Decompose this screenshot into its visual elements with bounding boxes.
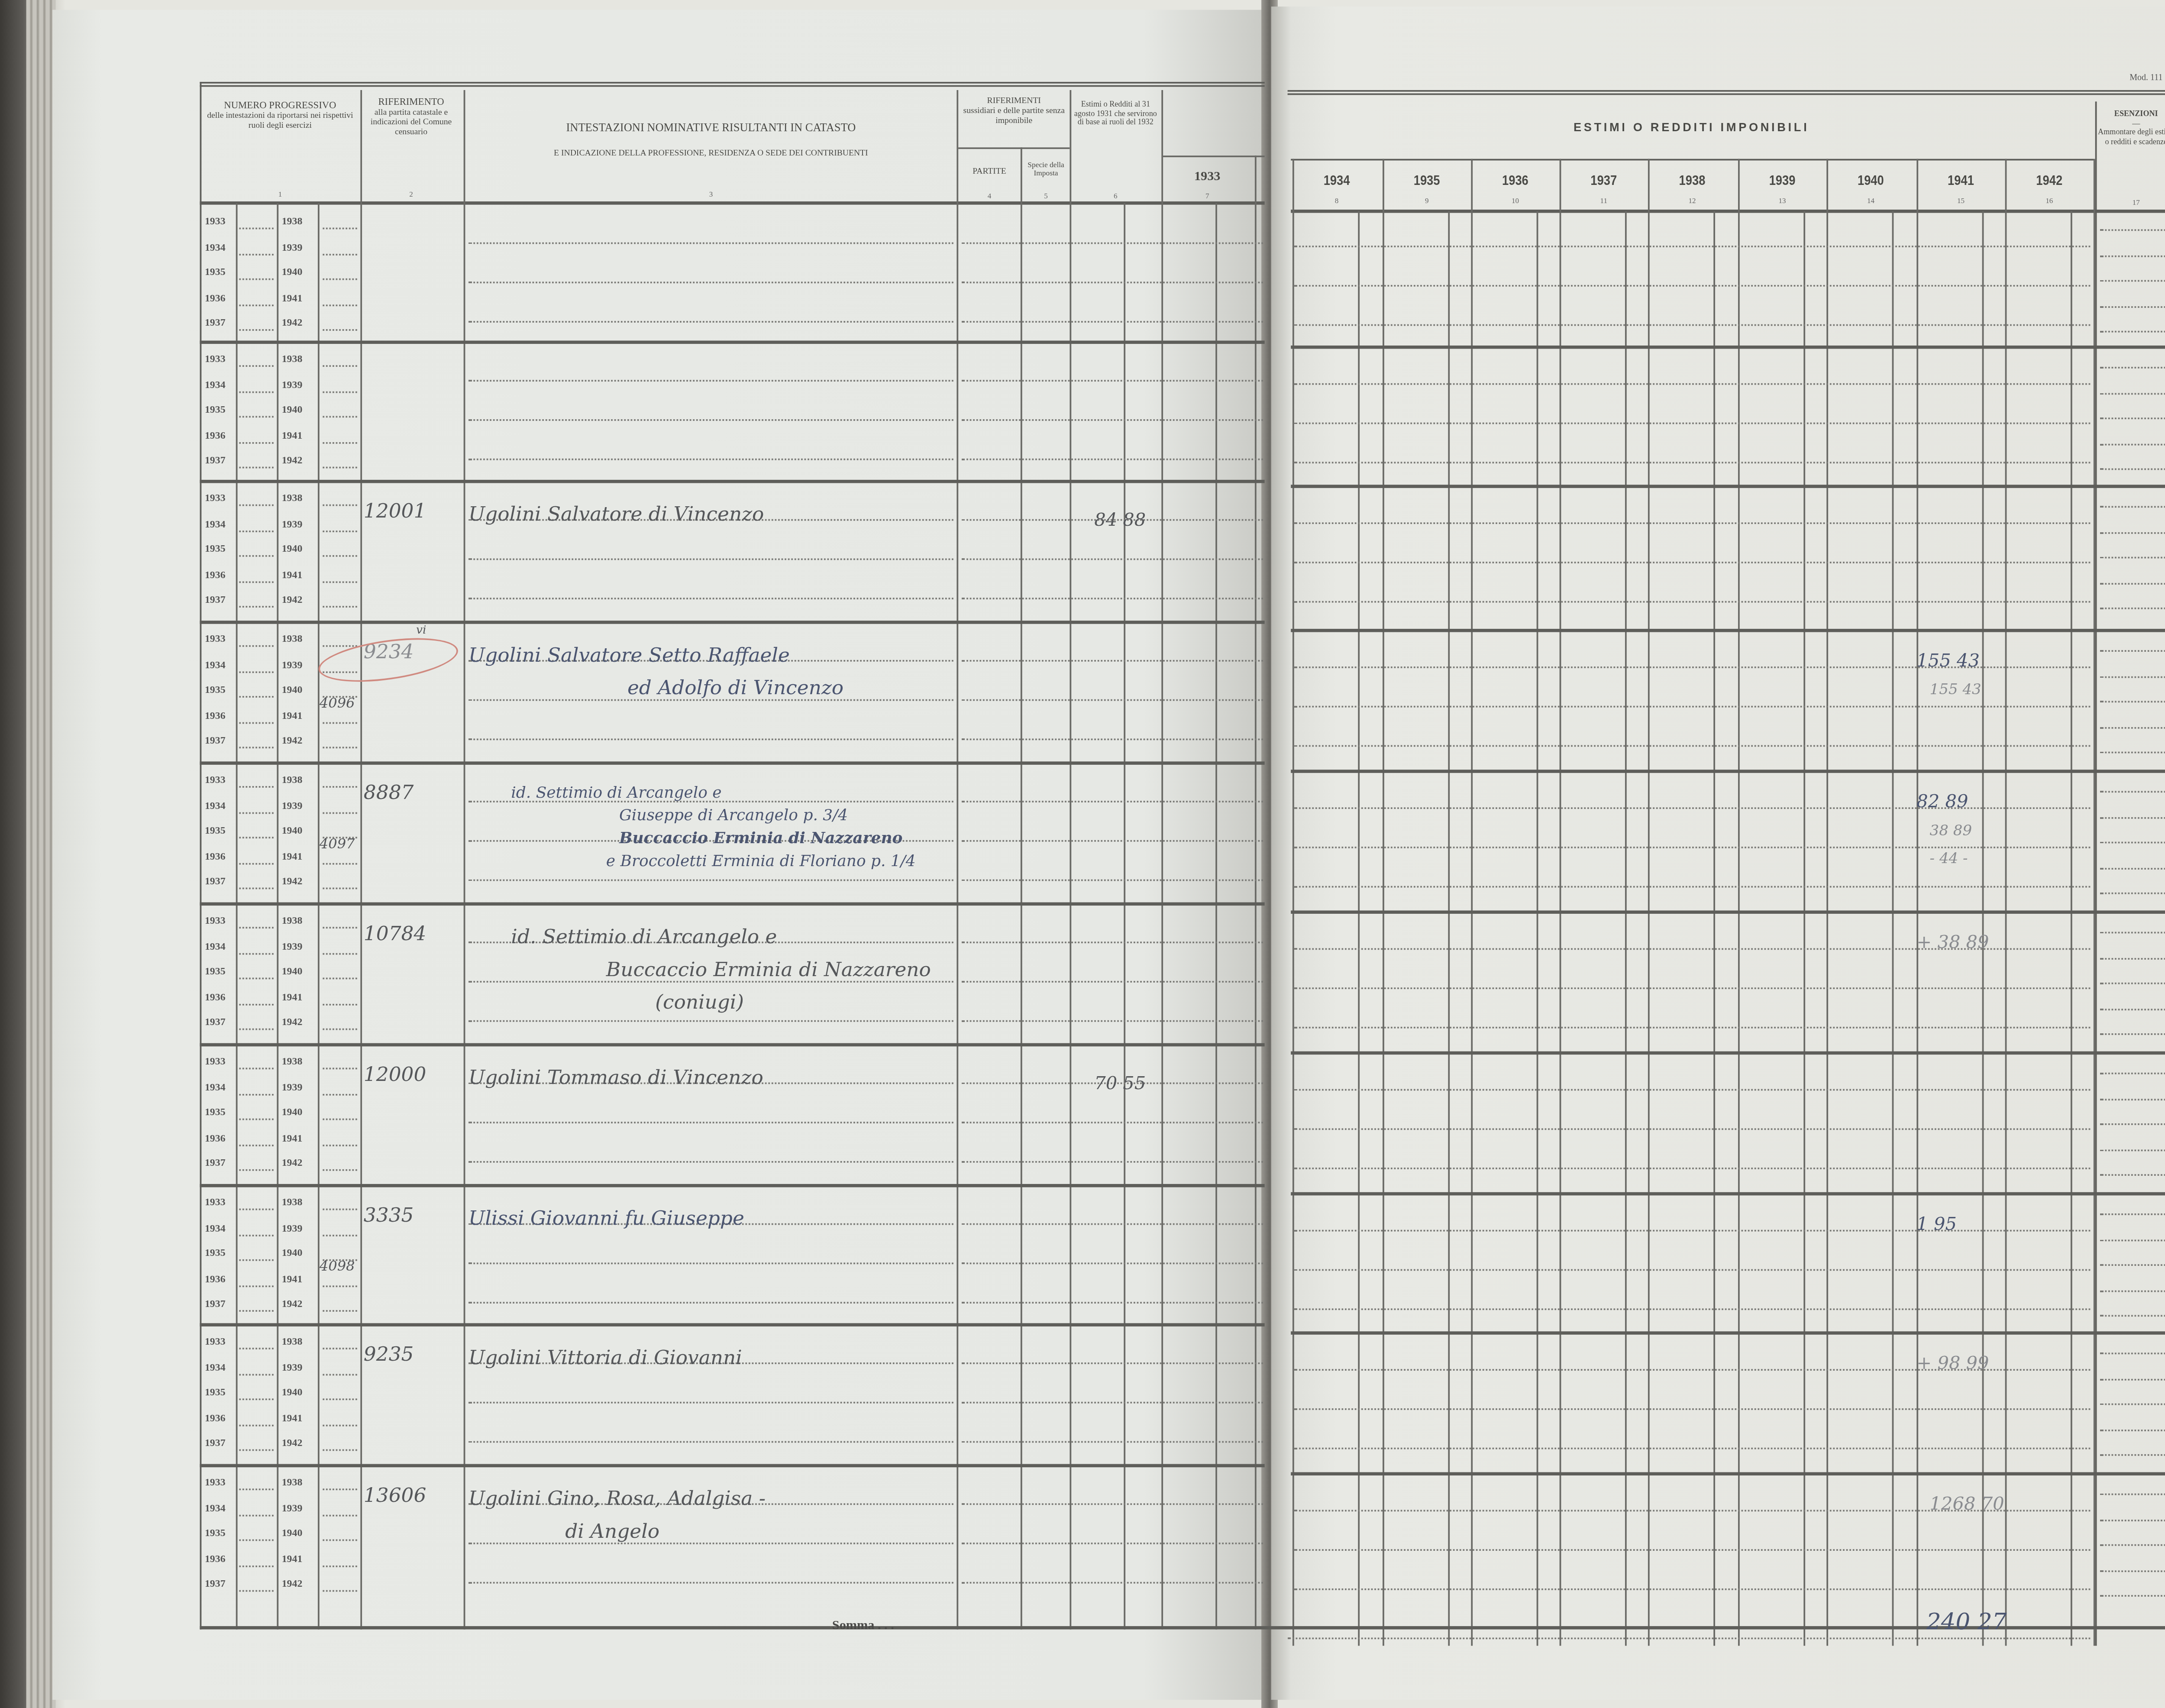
year-label-right: 1938 — [282, 1197, 303, 1208]
year-amount-line — [1294, 462, 2091, 463]
year-fill-line — [323, 1093, 357, 1095]
year-amount-line — [1294, 1269, 2091, 1271]
year-colnum-4: 12 — [1648, 197, 1736, 205]
year-fill-line — [239, 1119, 273, 1120]
taxpayer-name-line: e Broccoletti Erminia di Floriano p. 1/4 — [606, 853, 916, 871]
year-fill-line — [323, 1590, 357, 1592]
esenzioni-line — [2100, 255, 2165, 256]
form-model-label: Mod. 111 - Imposte Dirette (Intercalare)… — [2129, 74, 2165, 84]
year-label-right: 1940 — [282, 1387, 303, 1398]
name-line — [469, 880, 953, 881]
col-rule-1b — [277, 203, 278, 1630]
year-colnum-5: 13 — [1738, 197, 1826, 205]
esenzioni-line — [2100, 932, 2165, 934]
year-fill-line — [323, 747, 357, 748]
esenzioni-line — [2100, 417, 2165, 419]
base-amount-1931: 70 55 — [1094, 1073, 1146, 1094]
year-label-right: 1941 — [282, 710, 303, 721]
somma-1941-value: 240 27 — [1926, 1610, 2007, 1636]
col-rule-17 — [2095, 101, 2097, 1646]
year-fill-line — [239, 1590, 273, 1592]
left-table-outer-border — [200, 82, 202, 1629]
entry-separator-right — [1291, 629, 2165, 632]
esenzioni-line — [2100, 1569, 2165, 1571]
header-col45-divider — [958, 147, 1070, 149]
esenzioni-line — [2100, 1033, 2165, 1035]
esenzioni-line — [2100, 1213, 2165, 1215]
amount-1941: + 38 89 — [1916, 932, 1989, 953]
year-fill-line — [239, 467, 273, 469]
amount-line — [962, 699, 1263, 701]
year-label-left: 1937 — [205, 595, 226, 606]
year-fill-line — [323, 927, 357, 928]
year-col-cents-rule — [1358, 211, 1360, 1646]
esenzioni-line — [2100, 1073, 2165, 1074]
year-fill-line — [239, 1003, 273, 1005]
year-label-left: 1935 — [205, 543, 226, 555]
year-label-right: 1941 — [282, 1273, 303, 1284]
left-header-bottom-rule — [200, 201, 1265, 205]
name-line — [469, 1302, 953, 1304]
year-fill-line — [323, 1029, 357, 1030]
year-fill-line — [239, 812, 273, 813]
year-fill-line — [239, 1093, 273, 1095]
year-label-right: 1939 — [282, 941, 303, 952]
year-fill-line — [323, 1373, 357, 1375]
year-label-left: 1933 — [205, 915, 226, 927]
esenzioni-line — [2100, 1149, 2165, 1151]
taxpayer-name-line: di Angelo — [565, 1520, 659, 1543]
amount-line — [962, 1582, 1263, 1584]
year-header-0: 1934 — [1299, 172, 1374, 188]
year-label-left: 1936 — [205, 1132, 226, 1144]
year-fill-line — [239, 670, 273, 672]
year-col-rule — [1560, 159, 1561, 1646]
year-label-right: 1939 — [282, 1362, 303, 1373]
year-header-7: 1941 — [1923, 172, 1999, 188]
year-label-left: 1937 — [205, 1299, 226, 1310]
esenzioni-line — [2100, 608, 2165, 609]
col-rule-5 — [1021, 147, 1022, 1629]
year-colnum-3: 11 — [1560, 197, 1648, 205]
amount-line — [962, 459, 1263, 460]
year-label-left: 1934 — [205, 941, 226, 952]
year-fill-line — [323, 1514, 357, 1516]
esenzioni-line — [2100, 443, 2165, 445]
year-label-left: 1937 — [205, 455, 226, 466]
entry-separator-right — [1291, 485, 2165, 488]
year-label-left: 1934 — [205, 1502, 226, 1514]
amount-line — [962, 558, 1263, 560]
year-label-right: 1940 — [282, 685, 303, 696]
col-rule-7c — [1255, 155, 1257, 1629]
year-label-right: 1942 — [282, 595, 303, 606]
year-fill-line — [239, 581, 273, 582]
year-fill-line — [239, 1514, 273, 1516]
year-label-right: 1938 — [282, 1056, 303, 1067]
year-label-left: 1936 — [205, 1273, 226, 1284]
year-label-right: 1942 — [282, 1438, 303, 1449]
taxpayer-name-line: Buccaccio Erminia di Nazzareno — [619, 830, 903, 848]
year-label-right: 1941 — [282, 992, 303, 1003]
esenzioni-line — [2100, 726, 2165, 728]
year-header-5: 1939 — [1745, 172, 1820, 188]
year-label-left: 1937 — [205, 318, 226, 329]
year-label-right: 1941 — [282, 292, 303, 304]
year-label-right: 1942 — [282, 455, 303, 466]
amount-line — [962, 281, 1263, 283]
esenzioni-line — [2100, 1174, 2165, 1176]
year-fill-line — [323, 1003, 357, 1005]
year-label-left: 1936 — [205, 1553, 226, 1565]
header-col4-label: PARTITE — [958, 168, 1021, 178]
taxpayer-name-line: Buccaccio Erminia di Nazzareno — [606, 958, 931, 981]
year-label-right: 1940 — [282, 825, 303, 837]
year-amount-line — [1294, 1549, 2091, 1551]
year-col-cents-rule — [1537, 211, 1538, 1646]
year-colnum-0: 8 — [1293, 197, 1381, 205]
header-col1-text: delle intestazioni da riportarsi nei ris… — [203, 113, 357, 133]
esenzioni-line — [2100, 1544, 2165, 1546]
year-col-cents-rule — [1982, 211, 1984, 1646]
year-label-right: 1941 — [282, 430, 303, 441]
partita-number: 12000 — [364, 1063, 426, 1086]
header-col7-divider — [1163, 155, 1265, 157]
year-label-right: 1939 — [282, 659, 303, 670]
year-amount-line — [1294, 285, 2091, 287]
taxpayer-name-line: Ugolini Salvatore di Vincenzo — [469, 503, 764, 526]
year-col-rule — [1383, 159, 1384, 1646]
year-fill-line — [323, 1540, 357, 1541]
year-amount-line — [1294, 1588, 2091, 1590]
name-line — [469, 321, 953, 323]
year-col-cents-rule — [1625, 211, 1627, 1646]
year-fill-line — [239, 1067, 273, 1069]
year-fill-line — [323, 1424, 357, 1426]
esenzioni-title: ESENZIONI — [2097, 111, 2165, 120]
year-fill-line — [323, 1285, 357, 1287]
name-line — [469, 1020, 953, 1022]
year-label-right: 1939 — [282, 242, 303, 253]
esenzioni-line — [2100, 1352, 2165, 1354]
esenzioni-line — [2100, 816, 2165, 818]
year-label-right: 1939 — [282, 518, 303, 530]
year-label-left: 1934 — [205, 1362, 226, 1373]
year-col-rule — [1648, 159, 1650, 1646]
name-line — [469, 981, 953, 983]
entry-separator-left — [200, 903, 1265, 906]
year-label-left: 1937 — [205, 876, 226, 887]
year-fill-line — [323, 1310, 357, 1312]
year-label-left: 1936 — [205, 569, 226, 580]
year-fill-line — [323, 812, 357, 813]
year-label-right: 1938 — [282, 775, 303, 786]
amount-1941-pencil-note: 38 89 — [1930, 824, 1972, 840]
year-label-left: 1933 — [205, 493, 226, 504]
year-fill-line — [323, 530, 357, 531]
year-fill-line — [239, 888, 273, 890]
side-reference-number: 4096 — [320, 696, 355, 712]
year-fill-line — [323, 278, 357, 280]
entry-separator-left — [200, 1184, 1265, 1187]
amount-1941-pencil-note-2: - 44 - — [1930, 851, 1968, 868]
amount-line — [962, 1020, 1263, 1022]
year-fill-line — [239, 1540, 273, 1541]
year-fill-line — [323, 1119, 357, 1120]
base-amount-1931: 84 88 — [1094, 509, 1146, 531]
esenzioni-line — [2100, 392, 2165, 394]
year-header-4: 1938 — [1654, 172, 1730, 188]
year-label-left: 1935 — [205, 1387, 226, 1398]
year-fill-line — [239, 228, 273, 230]
year-amount-line — [1294, 847, 2091, 848]
col1-number: 1 — [203, 190, 357, 198]
esenzioni-line — [2100, 752, 2165, 754]
year-header-top-rule — [1291, 159, 2094, 161]
year-amount-line — [1294, 324, 2091, 326]
year-label-right: 1940 — [282, 1248, 303, 1259]
year-label-left: 1936 — [205, 851, 226, 862]
year-label-left: 1935 — [205, 1528, 226, 1539]
year-label-left: 1936 — [205, 430, 226, 441]
entry-separator-left — [200, 1043, 1265, 1047]
year-label-left: 1937 — [205, 1017, 226, 1028]
year-label-left: 1933 — [205, 775, 226, 786]
year-fill-line — [239, 505, 273, 506]
entry-separator-right — [1291, 346, 2165, 349]
esenzioni-line — [2100, 893, 2165, 894]
year-colnum-2: 10 — [1471, 197, 1559, 205]
year-fill-line — [239, 530, 273, 531]
amount-line — [962, 981, 1263, 983]
year-amount-line — [1294, 601, 2091, 603]
year-fill-line — [323, 1067, 357, 1069]
year-col-rule — [2005, 159, 2007, 1646]
name-line — [469, 1402, 953, 1404]
year-label-left: 1936 — [205, 1412, 226, 1423]
esenzioni-line — [2100, 1315, 2165, 1317]
header-col3-text: E INDICAZIONE DELLA PROFESSIONE, RESIDEN… — [465, 151, 956, 161]
esenzioni-line — [2100, 367, 2165, 369]
esenzioni-line — [2100, 983, 2165, 984]
esenzioni-line — [2100, 1519, 2165, 1520]
year-fill-line — [239, 391, 273, 392]
partita-note: vi — [416, 624, 426, 637]
year-label-left: 1936 — [205, 292, 226, 304]
year-amount-line — [1294, 1408, 2091, 1410]
name-line — [469, 738, 953, 740]
year-fill-line — [239, 927, 273, 928]
side-reference-number: 4098 — [320, 1259, 355, 1276]
taxpayer-name-line: Giuseppe di Arcangelo p. 3/4 — [619, 807, 848, 825]
year-label-right: 1941 — [282, 569, 303, 580]
year-label-right: 1940 — [282, 543, 303, 555]
year-fill-line — [239, 1348, 273, 1349]
name-line — [469, 1582, 953, 1584]
partita-number: 12001 — [364, 499, 426, 522]
year-amount-line — [1294, 1168, 2091, 1169]
name-line — [469, 699, 953, 701]
name-line — [469, 380, 953, 382]
year-fill-line — [239, 1373, 273, 1375]
entry-separator-right — [1291, 910, 2165, 914]
year-fill-line — [323, 862, 357, 864]
esenzioni-text: Ammontare degli estimi o redditi e scade… — [2097, 129, 2165, 148]
year-amount-line — [1294, 1448, 2091, 1449]
year-fill-line — [239, 329, 273, 331]
year-fill-line — [323, 1144, 357, 1145]
year-fill-line — [323, 555, 357, 557]
year-fill-line — [239, 645, 273, 647]
amount-line — [962, 738, 1263, 740]
header-col5-label: Specie della Imposta — [1022, 161, 1070, 178]
year-fill-line — [323, 952, 357, 954]
col-rule-4 — [956, 90, 958, 1630]
entry-separator-left — [200, 621, 1265, 624]
name-line — [469, 459, 953, 460]
year-label-left: 1934 — [205, 1223, 226, 1234]
year-fill-line — [323, 304, 357, 305]
year-amount-line — [1294, 423, 2091, 424]
amount-line — [962, 243, 1263, 244]
year-label-left: 1935 — [205, 404, 226, 416]
year-amount-line — [1294, 706, 2091, 708]
header-esenzioni: ESENZIONI — Ammontare degli estimi o red… — [2097, 111, 2165, 147]
partita-number: 10784 — [364, 922, 426, 945]
entry-separator-right — [1291, 1331, 2165, 1335]
year-header-8: 1942 — [2012, 172, 2087, 188]
amount-line — [962, 1402, 1263, 1404]
year-label-right: 1939 — [282, 800, 303, 811]
year-label-right: 1942 — [282, 876, 303, 887]
esenzioni-line — [2100, 1290, 2165, 1291]
col6-number: 6 — [1071, 191, 1160, 200]
year-amount-line — [1294, 246, 2091, 247]
amount-1941-pencil-note: 155 43 — [1930, 683, 1981, 699]
year-label-left: 1934 — [205, 1082, 226, 1093]
year-col-cents-rule — [1803, 211, 1805, 1646]
year-label-right: 1938 — [282, 354, 303, 365]
year-col-cents-rule — [1713, 211, 1715, 1646]
year-fill-line — [239, 606, 273, 608]
esenzioni-line — [2100, 842, 2165, 844]
partita-number: 13606 — [364, 1484, 426, 1507]
year-col-rule-end — [2094, 159, 2095, 1646]
year-amount-line — [1294, 562, 2091, 563]
year-label-left: 1933 — [205, 1056, 226, 1067]
year-fill-line — [323, 1398, 357, 1400]
name-line — [469, 419, 953, 421]
year-fill-line — [323, 1348, 357, 1349]
esenzioni-line — [2100, 676, 2165, 677]
year-header-2: 1936 — [1478, 172, 1553, 188]
col-rule-3 — [464, 90, 465, 1630]
year-label-right: 1940 — [282, 1107, 303, 1118]
year-label-left: 1936 — [205, 710, 226, 721]
year-label-left: 1935 — [205, 825, 226, 837]
col-rule-2 — [360, 90, 362, 1630]
year-fill-line — [239, 304, 273, 305]
year-fill-line — [239, 278, 273, 280]
esenzioni-line — [2100, 582, 2165, 584]
esenzioni-line — [2100, 1264, 2165, 1266]
esenzioni-line — [2100, 791, 2165, 793]
esenzioni-line — [2100, 531, 2165, 533]
year-amount-line — [1294, 987, 2091, 989]
entry-separator-right — [1291, 770, 2165, 773]
entry-separator-left — [200, 1464, 1265, 1468]
year-col-rule — [1738, 159, 1740, 1646]
amount-line — [962, 1503, 1263, 1505]
left-table-top-border — [200, 82, 1265, 84]
year-label-right: 1941 — [282, 1412, 303, 1423]
year-fill-line — [239, 441, 273, 443]
year-label-right: 1942 — [282, 735, 303, 747]
year-fill-line — [239, 1144, 273, 1145]
table-bottom-rule — [200, 1626, 2165, 1630]
right-header-bottom-rule — [1291, 210, 2165, 213]
year-col-rule — [1471, 159, 1473, 1646]
year-amount-line — [1294, 1027, 2091, 1029]
taxpayer-name-line: id. Settimio di Arcangelo e — [511, 925, 777, 948]
header-col1: NUMERO PROGRESSIVO delle intestazioni da… — [203, 101, 357, 132]
ledger-spread: NUMERO PROGRESSIVO delle intestazioni da… — [0, 0, 2165, 1708]
esenzioni-line — [2100, 1123, 2165, 1125]
year-fill-line — [323, 1565, 357, 1566]
amount-1941: 155 43 — [1916, 650, 1980, 671]
amount-1941: 82 89 — [1916, 791, 1968, 812]
col7-number: 7 — [1163, 191, 1251, 200]
year-fill-line — [239, 1398, 273, 1400]
year-fill-line — [239, 253, 273, 255]
year-label-left: 1935 — [205, 966, 226, 977]
partita-number: 3335 — [364, 1203, 414, 1226]
somma-dotline — [1288, 1637, 2091, 1639]
year-fill-line — [323, 1209, 357, 1210]
esenzioni-line — [2100, 1595, 2165, 1597]
year-label-right: 1941 — [282, 1553, 303, 1565]
somma-label: Somma . . . — [832, 1618, 894, 1633]
year-amount-line — [1294, 1128, 2091, 1130]
year-fill-line — [323, 977, 357, 979]
col17-number: 17 — [2097, 198, 2165, 207]
amount-line — [962, 380, 1263, 382]
esenzioni-line — [2100, 331, 2165, 333]
year-fill-line — [239, 365, 273, 367]
name-line — [469, 243, 953, 244]
year-label-right: 1940 — [282, 1528, 303, 1539]
entry-separator-left — [200, 761, 1265, 765]
year-label-right: 1942 — [282, 1579, 303, 1590]
esenzioni-line — [2100, 957, 2165, 959]
amount-line — [962, 840, 1263, 842]
header-col7-label: 1933 — [1163, 168, 1251, 184]
esenzioni-line — [2100, 1429, 2165, 1430]
year-amount-line — [1294, 807, 2091, 809]
year-amount-line — [1294, 1089, 2091, 1091]
esenzioni-line — [2100, 1404, 2165, 1405]
year-col-cents-rule — [1892, 211, 1894, 1646]
name-line — [469, 1122, 953, 1123]
year-label-left: 1933 — [205, 1336, 226, 1348]
year-col-rule — [1916, 159, 1918, 1646]
year-label-right: 1939 — [282, 1502, 303, 1514]
year-fill-line — [239, 977, 273, 979]
year-label-right: 1942 — [282, 1299, 303, 1310]
year-fill-line — [239, 1424, 273, 1426]
year-header-3: 1937 — [1566, 172, 1642, 188]
esenzioni-line — [2100, 1378, 2165, 1380]
